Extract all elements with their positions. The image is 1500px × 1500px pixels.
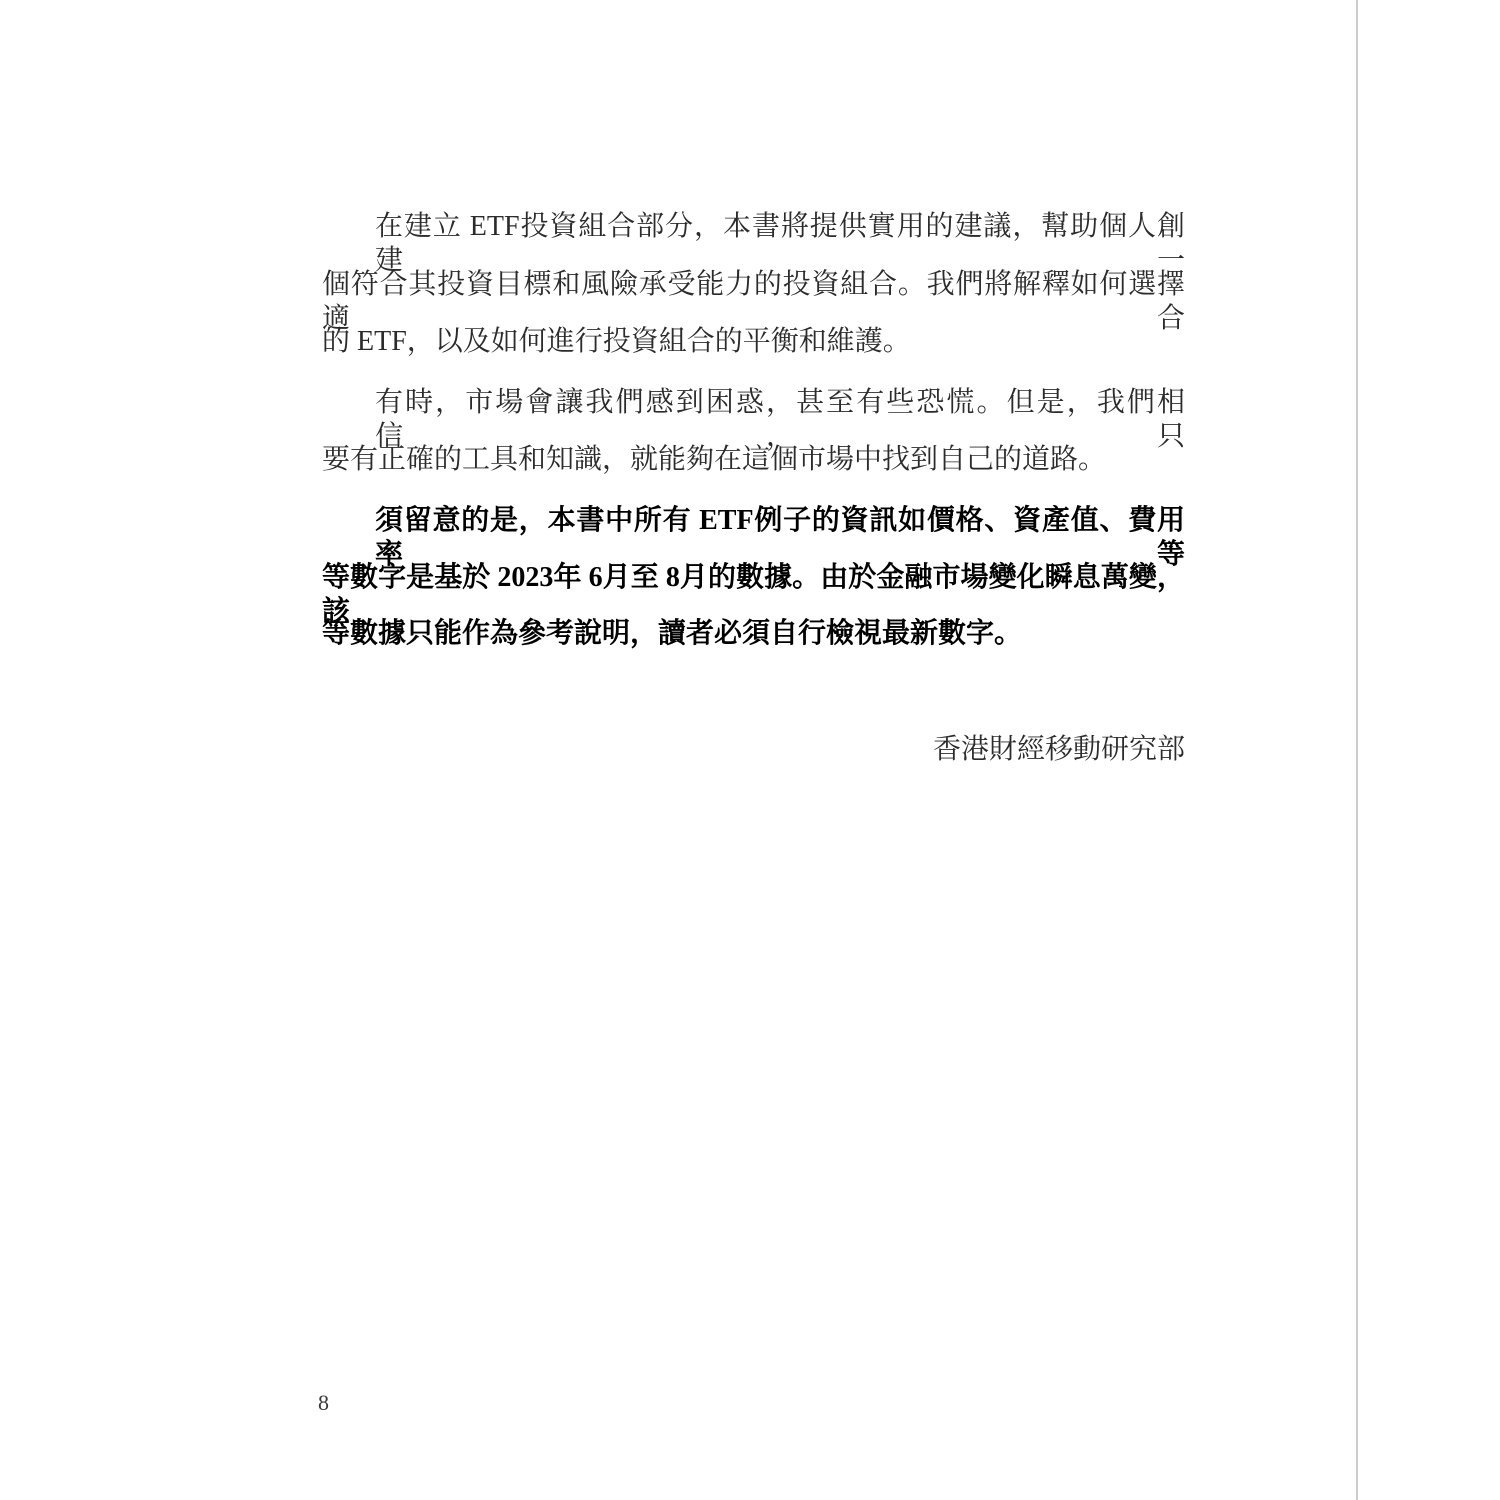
page-edge-line	[1356, 0, 1358, 1500]
paragraph-3-line-2: 等數字是基於 2023年 6月至 8月的數據。由於金融市場變化瞬息萬變，該	[322, 561, 1185, 597]
paragraph-3-line-1: 須留意的是，本書中所有 ETF例子的資訊如價格、資產值、費用率等	[322, 504, 1185, 540]
paragraph-3-line-3: 等數據只能作為參考說明，讀者必須自行檢視最新數字。	[322, 617, 1185, 653]
paragraph-1-line-1: 在建立 ETF投資組合部分，本書將提供實用的建議，幫助個人創建一	[322, 210, 1185, 246]
paragraph-1-line-3: 的 ETF，以及如何進行投資組合的平衡和維護。	[322, 325, 1185, 361]
book-page: 在建立 ETF投資組合部分，本書將提供實用的建議，幫助個人創建一 個符合其投資目…	[0, 0, 1500, 1500]
paragraph-1-line-2: 個符合其投資目標和風險承受能力的投資組合。我們將解釋如何選擇適合	[322, 268, 1185, 304]
paragraph-2-line-2: 要有正確的工具和知識，就能夠在這個市場中找到自己的道路。	[322, 443, 1185, 479]
author-signature: 香港財經移動研究部	[322, 733, 1185, 767]
paragraph-2-line-1: 有時，市場會讓我們感到困惑，甚至有些恐慌。但是，我們相信，只	[322, 386, 1185, 422]
page-number: 8	[318, 1390, 329, 1416]
